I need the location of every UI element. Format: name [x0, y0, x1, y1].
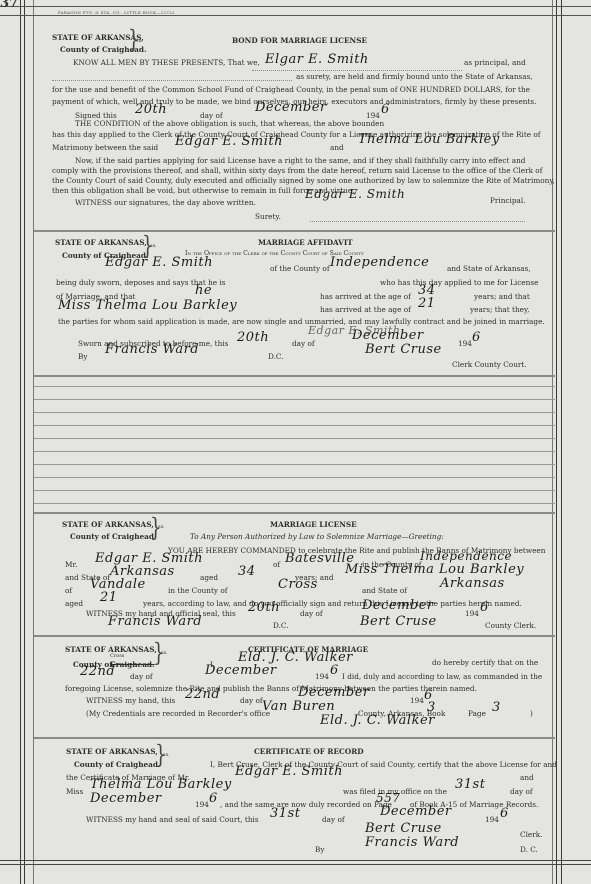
ruled-line: [34, 412, 555, 413]
page-number: 37: [0, 0, 18, 11]
text-line: aged: [200, 573, 218, 582]
year-suffix: 6: [500, 806, 509, 821]
text-line: years; that they,: [470, 305, 529, 314]
text-line: D. C.: [520, 845, 538, 854]
section-title: MARRIAGE LICENSE: [270, 520, 357, 529]
ss-label: ss.: [163, 752, 170, 758]
text-line: Clerk.: [520, 830, 542, 839]
ruled-line: [34, 490, 555, 491]
text-line: day of: [322, 815, 345, 824]
ss-label: ss.: [150, 243, 157, 249]
text-line: day of: [130, 672, 153, 681]
section-divider: [34, 375, 555, 377]
text-line: D.C.: [273, 621, 289, 630]
ruled-line: [34, 438, 555, 439]
pronoun: he: [195, 283, 212, 298]
bride-name: Thelma Lou Barkley: [358, 132, 500, 147]
year-suffix: 6: [381, 102, 390, 117]
sworn-month: December: [352, 328, 424, 343]
text-line: and: [330, 143, 344, 152]
text-line: Mr.: [65, 560, 77, 569]
bride-age: 21: [100, 590, 118, 605]
state-label: STATE OF ARKANSAS,: [66, 747, 158, 756]
year-suffix: 6: [209, 791, 218, 806]
frame-line-left-inner: [24, 0, 25, 884]
text-line: (My Credentials are recorded in Recorder…: [86, 709, 270, 718]
text-line: KNOW ALL MEN BY THESE PRESENTS, That we,: [73, 58, 260, 67]
text-line: as principal, and: [464, 58, 526, 67]
principal-signature: Edgar E. Smith: [305, 187, 405, 201]
bride-name: Thelma Lou Barkley: [90, 777, 232, 792]
bride-age: 21: [418, 296, 436, 311]
ss-label: ss.: [161, 650, 168, 656]
text-line: I did, duly and according to law, as com…: [342, 672, 542, 681]
ruled-line: [34, 386, 555, 387]
text-line: of: [65, 586, 72, 595]
ruled-line: [34, 503, 555, 504]
county-written: Cross: [110, 653, 124, 659]
top-rule-2: [0, 15, 591, 16]
frame-line-right-outer: [561, 0, 562, 884]
frame-line-left-box: [33, 0, 34, 884]
witness-day: 20th: [248, 600, 280, 615]
text-line: aged: [65, 599, 83, 608]
surety-signature-line: [310, 221, 525, 222]
text-line: , and the same are now duly recorded on …: [220, 800, 392, 809]
year-suffix: 6: [330, 663, 339, 678]
text-line: years, according to law, and do you offi…: [143, 599, 522, 608]
bride-county: Cross: [278, 577, 318, 592]
groom-town: Batesville: [285, 551, 354, 566]
text-line: ): [530, 709, 533, 718]
bottom-rule: [0, 860, 591, 861]
text-line: and State of: [362, 586, 407, 595]
section-subtitle: To Any Person Authorized by Law to Solem…: [190, 532, 444, 541]
top-rule: [0, 6, 591, 7]
year-prefix: 194: [195, 800, 209, 809]
text-line: day of: [300, 609, 323, 618]
clerk-signature: Bert Cruse: [365, 821, 442, 836]
bride-state: Arkansas: [440, 576, 505, 591]
signed-day: 20th: [135, 102, 167, 117]
surety-field-line: [52, 80, 292, 81]
text-line: has arrived at the age of: [320, 292, 411, 301]
witness-day: 22nd: [185, 687, 220, 702]
text-line: day of: [510, 787, 533, 796]
section-divider: [34, 512, 555, 514]
record-page: 557: [376, 791, 400, 805]
section-divider: [34, 230, 555, 232]
section-divider: [34, 635, 555, 637]
bottom-rule-2: [0, 864, 591, 865]
text-line: WITNESS our signatures, the day above wr…: [75, 198, 256, 207]
ruled-line: [34, 451, 555, 452]
text-line: WITNESS my hand, this: [86, 696, 175, 705]
filed-day: 31st: [455, 777, 485, 792]
deputy-signature: Francis Ward: [365, 835, 459, 850]
witness-month: December: [380, 804, 452, 819]
text-line: Now, if the said parties applying for sa…: [75, 156, 525, 165]
year-prefix: 194: [458, 339, 472, 348]
text-line: comply with the provisions thereof, and …: [52, 166, 542, 175]
principal-field-line: [252, 70, 462, 71]
text-line: the parties for whom said application is…: [58, 317, 545, 326]
deputy-signature: Francis Ward: [105, 342, 199, 357]
text-line: of the County of: [270, 264, 330, 273]
text-line: of: [273, 560, 280, 569]
text-line: who has this day applied to me for Licen…: [380, 278, 538, 287]
frame-line-right-inner: [556, 0, 557, 884]
text-line: in the County of: [168, 586, 227, 595]
text-line: Surety.: [255, 212, 281, 221]
bride-name: Miss Thelma Lou Barkley: [58, 298, 237, 313]
page-number-value: 3: [492, 700, 501, 715]
text-line: day of: [240, 696, 263, 705]
text-line: Page: [468, 709, 486, 718]
ruled-line: [34, 464, 555, 465]
witness-month: December: [362, 598, 434, 613]
year-prefix: 194: [410, 696, 424, 705]
credentials-county: Van Buren: [262, 699, 335, 714]
text-line: day of: [292, 339, 315, 348]
county-label: County of Craighead.: [70, 532, 157, 541]
filed-month: December: [90, 791, 162, 806]
text-line: foregoing License, solemnize the Rite an…: [65, 684, 477, 693]
ss-label: ss.: [136, 38, 143, 44]
text-line: THE CONDITION of the above obligation is…: [75, 119, 384, 128]
groom-name: Edgar E. Smith: [175, 134, 283, 149]
clerk-signature: Bert Cruse: [360, 614, 437, 629]
principal-name: Elgar E. Smith: [265, 52, 369, 67]
affiant-county: Independence: [330, 255, 429, 270]
county-struck: Craighead.: [110, 660, 155, 669]
marriage-day: 22nd: [80, 664, 115, 679]
ruled-line: [34, 425, 555, 426]
witness-month: December: [298, 685, 370, 700]
text-line: years; and that: [474, 292, 530, 301]
ruled-line: [34, 477, 555, 478]
text-line: D.C.: [268, 352, 284, 361]
text-line: Clerk County Court.: [452, 360, 527, 369]
affiant-name: Edgar E. Smith: [105, 255, 213, 270]
year-prefix: 194: [485, 815, 499, 824]
text-line: WITNESS my hand and seal of said Court, …: [86, 815, 259, 824]
text-line: By: [78, 352, 88, 361]
frame-line-right-box: [552, 0, 553, 884]
witness-day: 31st: [270, 806, 300, 821]
text-line: Matrimony between the said: [52, 143, 158, 152]
clerk-signature: Bert Cruse: [365, 342, 442, 357]
text-line: as surety, are held and firmly bound unt…: [296, 72, 533, 81]
text-line: Principal.: [490, 196, 526, 205]
text-line: and: [520, 773, 534, 782]
bride-name: Miss Thelma Lou Barkley: [345, 562, 524, 577]
text-line: County Clerk.: [485, 621, 536, 630]
printer-mark: PARAGON PTG. & STA. CO., LITTLE ROCK—227…: [58, 10, 175, 15]
year-suffix: 6: [480, 600, 489, 615]
section-title: BOND FOR MARRIAGE LICENSE: [232, 36, 367, 45]
year-prefix: 194: [315, 672, 329, 681]
text-line: Miss: [66, 787, 83, 796]
text-line: and State of Arkansas,: [447, 264, 531, 273]
state-label: STATE OF ARKANSAS,: [55, 238, 147, 247]
year-prefix: 194: [465, 609, 479, 618]
text-line: By: [315, 845, 325, 854]
marriage-record-page: 37 PARAGON PTG. & STA. CO., LITTLE ROCK—…: [0, 0, 591, 884]
county-label: County of Craighead.: [74, 760, 161, 769]
year-suffix: 6: [472, 330, 481, 345]
text-line: for the use and benefit of the Common Sc…: [52, 85, 530, 94]
sworn-day: 20th: [237, 330, 269, 345]
marriage-month: December: [205, 663, 277, 678]
section-divider: [34, 737, 555, 739]
frame-line-left-outer: [20, 0, 21, 884]
ruled-line: [34, 399, 555, 400]
deputy-signature: Francis Ward: [108, 614, 202, 629]
groom-name: Edgar E. Smith: [235, 764, 343, 779]
signed-month: December: [255, 100, 327, 115]
section-title: CERTIFICATE OF RECORD: [254, 747, 364, 756]
groom-age: 34: [238, 564, 256, 579]
section-title: MARRIAGE AFFIDAVIT: [258, 238, 353, 247]
ss-label: ss.: [158, 524, 165, 530]
text-line: has arrived at the age of: [320, 305, 411, 314]
text-line: the County Court of said County, duly ex…: [52, 176, 555, 185]
text-line: do hereby certify that on the: [432, 658, 538, 667]
groom-county: Independence: [420, 549, 512, 563]
state-label: STATE OF ARKANSAS,: [62, 520, 154, 529]
officiant-signature: Eld. J. C. Walker: [320, 713, 435, 728]
